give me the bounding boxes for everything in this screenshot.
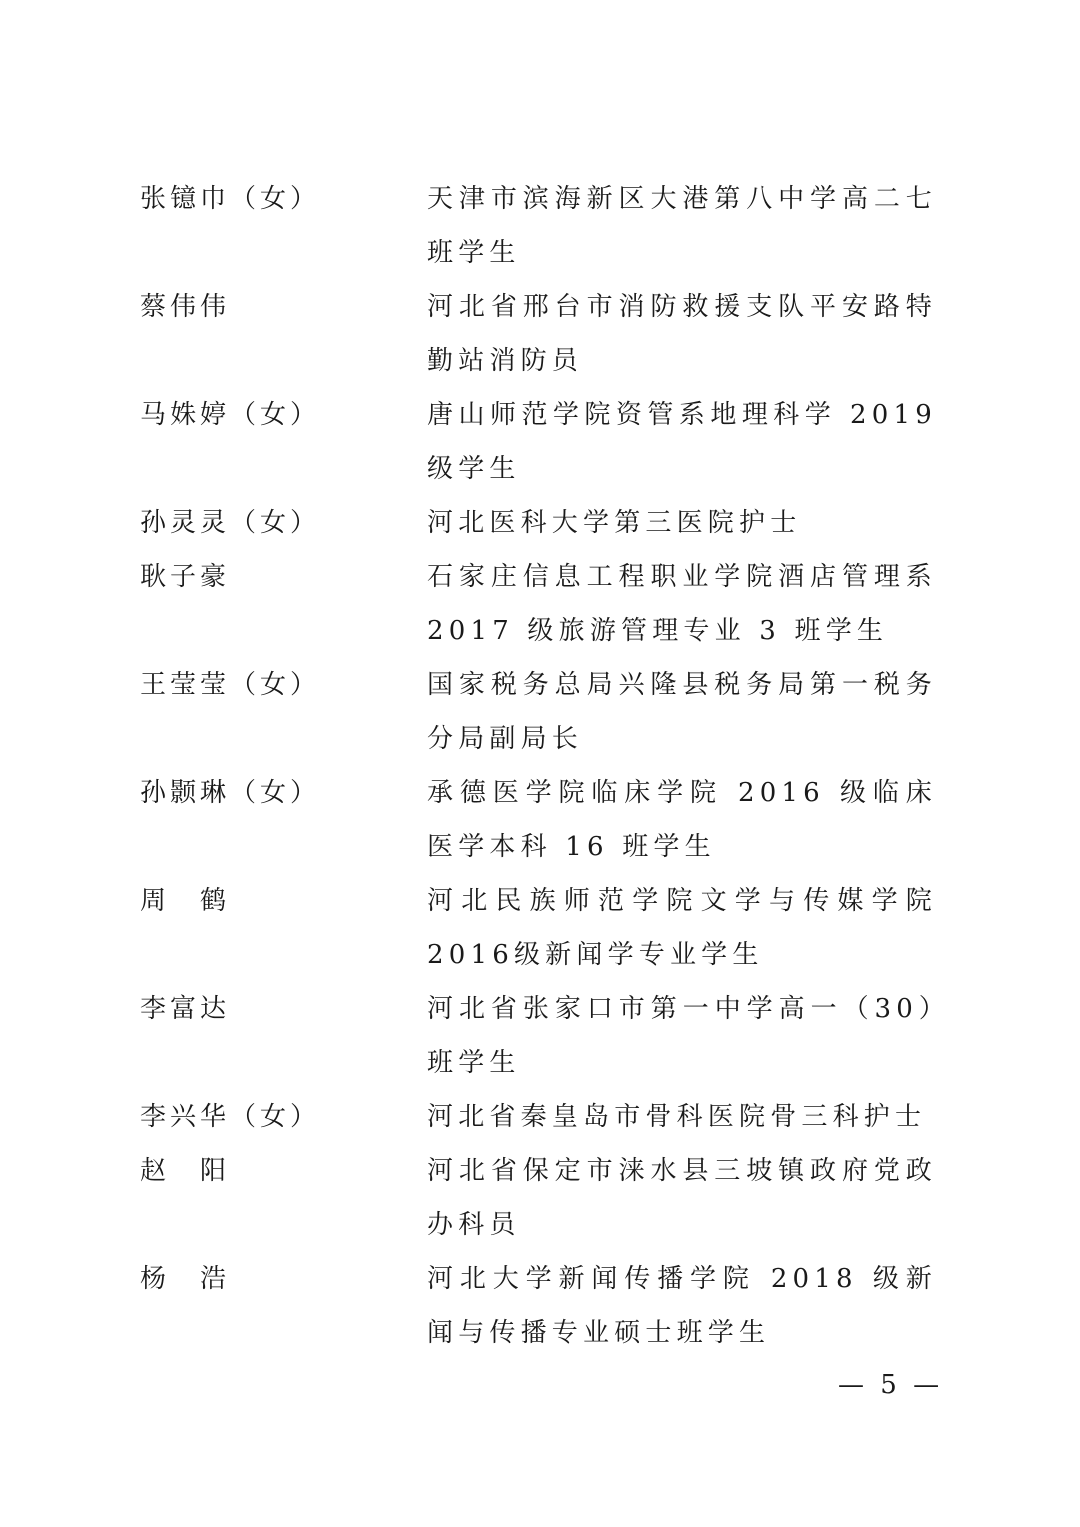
list-item: 李富达 河北省张家口市第一中学高一（30）班学生 (140, 982, 940, 1090)
person-name: 李富达 (140, 982, 427, 1090)
person-affiliation: 河北省邢台市消防救援支队平安路特勤站消防员 (427, 280, 937, 388)
page-number: — 5 — (838, 1370, 943, 1400)
person-affiliation: 河北省秦皇岛市骨科医院骨三科护士 (427, 1090, 937, 1144)
list-item: 赵 阳 河北省保定市涞水县三坡镇政府党政办科员 (140, 1144, 940, 1252)
person-name: 孙颢琳（女） (140, 766, 427, 874)
person-name: 李兴华（女） (140, 1090, 427, 1144)
person-affiliation: 国家税务总局兴隆县税务局第一税务分局副局长 (427, 658, 937, 766)
person-affiliation: 石家庄信息工程职业学院酒店管理系2017 级旅游管理专业 3 班学生 (427, 550, 937, 658)
person-name: 赵 阳 (140, 1144, 427, 1252)
list-item: 杨 浩 河北大学新闻传播学院 2018 级新闻与传播专业硕士班学生 (140, 1252, 940, 1360)
person-name: 孙灵灵（女） (140, 496, 427, 550)
person-name: 王莹莹（女） (140, 658, 427, 766)
person-affiliation: 河北省张家口市第一中学高一（30）班学生 (427, 982, 937, 1090)
person-affiliation: 唐山师范学院资管系地理科学 2019 级学生 (427, 388, 937, 496)
honoree-list: 张镱巾（女） 天津市滨海新区大港第八中学高二七班学生 蔡伟伟 河北省邢台市消防救… (140, 172, 940, 1360)
person-affiliation: 河北医科大学第三医院护士 (427, 496, 937, 550)
person-affiliation: 河北大学新闻传播学院 2018 级新闻与传播专业硕士班学生 (427, 1252, 937, 1360)
person-name: 耿子豪 (140, 550, 427, 658)
list-item: 蔡伟伟 河北省邢台市消防救援支队平安路特勤站消防员 (140, 280, 940, 388)
person-affiliation: 河北省保定市涞水县三坡镇政府党政办科员 (427, 1144, 937, 1252)
person-name: 马姝婷（女） (140, 388, 427, 496)
person-affiliation: 河北民族师范学院文学与传媒学院 2016级新闻学专业学生 (427, 874, 937, 982)
list-item: 耿子豪 石家庄信息工程职业学院酒店管理系2017 级旅游管理专业 3 班学生 (140, 550, 940, 658)
list-item: 孙颢琳（女） 承德医学院临床学院 2016 级临床医学本科 16 班学生 (140, 766, 940, 874)
person-name: 蔡伟伟 (140, 280, 427, 388)
person-name: 杨 浩 (140, 1252, 427, 1360)
list-item: 李兴华（女） 河北省秦皇岛市骨科医院骨三科护士 (140, 1090, 940, 1144)
person-affiliation: 承德医学院临床学院 2016 级临床医学本科 16 班学生 (427, 766, 937, 874)
list-item: 张镱巾（女） 天津市滨海新区大港第八中学高二七班学生 (140, 172, 940, 280)
person-name: 张镱巾（女） (140, 172, 427, 280)
list-item: 周 鹤 河北民族师范学院文学与传媒学院 2016级新闻学专业学生 (140, 874, 940, 982)
list-item: 孙灵灵（女） 河北医科大学第三医院护士 (140, 496, 940, 550)
list-item: 王莹莹（女） 国家税务总局兴隆县税务局第一税务分局副局长 (140, 658, 940, 766)
person-affiliation: 天津市滨海新区大港第八中学高二七班学生 (427, 172, 937, 280)
person-name: 周 鹤 (140, 874, 427, 982)
list-item: 马姝婷（女） 唐山师范学院资管系地理科学 2019 级学生 (140, 388, 940, 496)
